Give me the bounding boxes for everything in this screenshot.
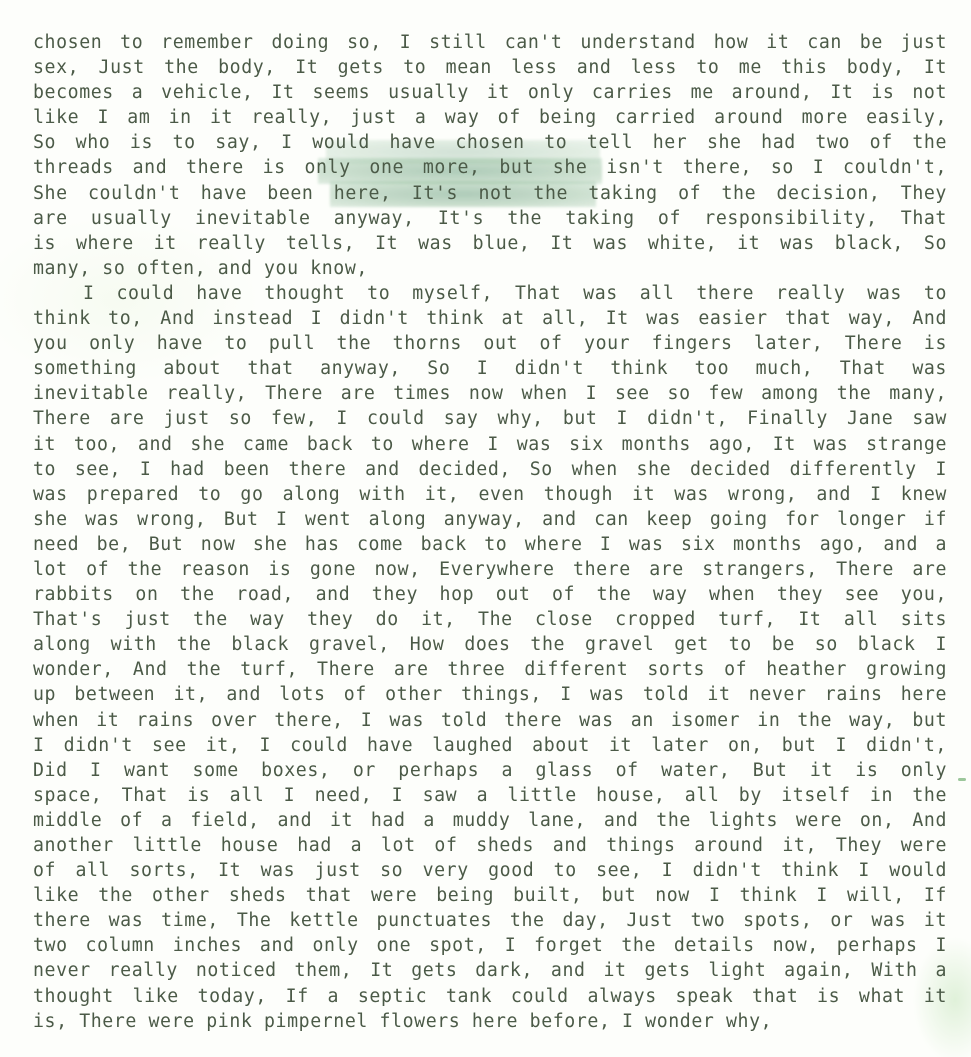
text-line: never really noticed them, It gets dark,… — [33, 958, 947, 983]
text-line: chosen to remember doing so, I still can… — [33, 30, 947, 55]
text-line: like the other sheds that were being bui… — [33, 883, 947, 908]
text-line: is where it really tells, It was blue, I… — [33, 231, 947, 256]
text-line: rabbits on the road, and they hop out of… — [33, 582, 947, 607]
text-line: something about that anyway, So I didn't… — [33, 356, 947, 381]
text-line: lot of the reason is gone now, Everywher… — [33, 557, 947, 582]
text-line: is, There were pink pimpernel flowers he… — [33, 1009, 947, 1034]
text-line: up between it, and lots of other things,… — [33, 682, 947, 707]
text-line: are usually inevitable anyway, It's the … — [33, 206, 947, 231]
text-line: she was wrong, But I went along anyway, … — [33, 507, 947, 532]
text-line: think to, And instead I didn't think at … — [33, 306, 947, 331]
text-line: need be, But now she has come back to wh… — [33, 532, 947, 557]
text-line: That's just the way they do it, The clos… — [33, 607, 947, 632]
text-line: I could have thought to myself, That was… — [33, 281, 947, 306]
text-line: along with the black gravel, How does th… — [33, 632, 947, 657]
text-line: She couldn't have been here, It's not th… — [33, 181, 947, 206]
text-line: another little house had a lot of sheds … — [33, 833, 947, 858]
text-line: you only have to pull the thorns out of … — [33, 331, 947, 356]
text-line: becomes a vehicle, It seems usually it o… — [33, 80, 947, 105]
text-line: two column inches and only one spot, I f… — [33, 933, 947, 958]
text-line: inevitable really, There are times now w… — [33, 381, 947, 406]
text-line: thought like today, If a septic tank cou… — [33, 984, 947, 1009]
text-line: I didn't see it, I could have laughed ab… — [33, 733, 947, 758]
text-line: So who is to say, I would have chosen to… — [33, 130, 947, 155]
text-line: middle of a field, and it had a muddy la… — [33, 808, 947, 833]
text-line: there was time, The kettle punctuates th… — [33, 908, 947, 933]
text-line: like I am in it really, just a way of be… — [33, 105, 947, 130]
scanned-page: chosen to remember doing so, I still can… — [0, 0, 971, 1057]
text-line: There are just so few, I could say why, … — [33, 406, 947, 431]
text-line: Did I want some boxes, or perhaps a glas… — [33, 758, 947, 783]
text-line: was prepared to go along with it, even t… — [33, 482, 947, 507]
typed-text-body: chosen to remember doing so, I still can… — [33, 30, 947, 1034]
ink-speck — [958, 778, 966, 781]
text-line: many, so often, and you know, — [33, 256, 947, 281]
text-line: threads and there is only one more, but … — [33, 155, 947, 180]
text-line: of all sorts, It was just so very good t… — [33, 858, 947, 883]
text-line: wonder, And the turf, There are three di… — [33, 657, 947, 682]
text-line: sex, Just the body, It gets to mean less… — [33, 55, 947, 80]
text-line: to see, I had been there and decided, So… — [33, 457, 947, 482]
text-line: space, That is all I need, I saw a littl… — [33, 783, 947, 808]
text-line: when it rains over there, I was told the… — [33, 708, 947, 733]
text-line: it too, and she came back to where I was… — [33, 432, 947, 457]
